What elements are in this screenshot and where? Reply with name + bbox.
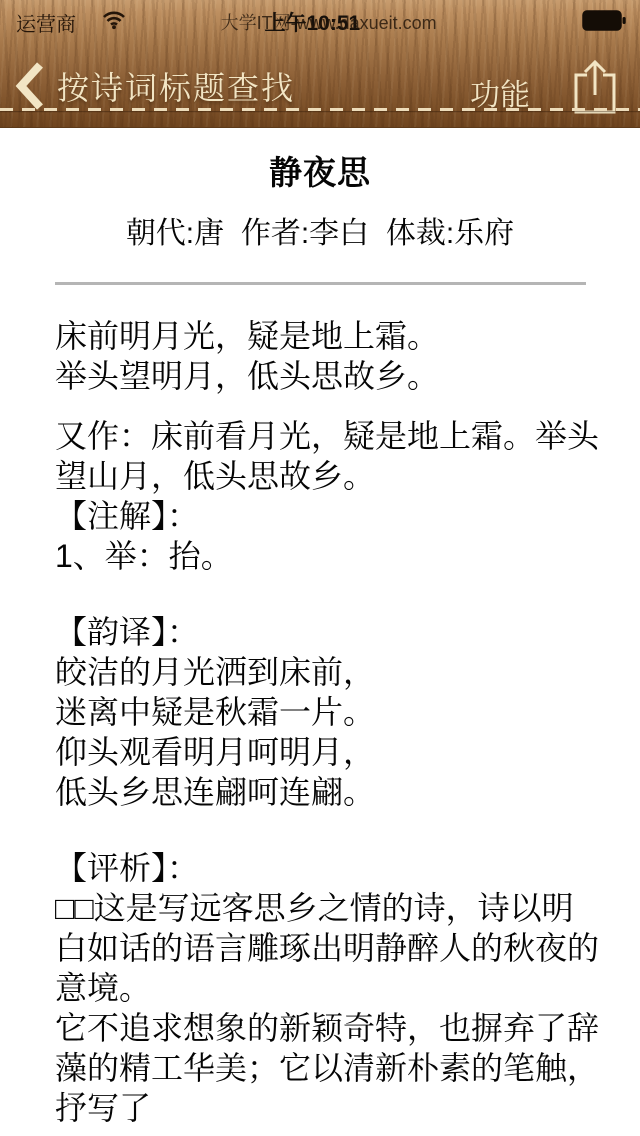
poem-paragraph: 【韵译】：皎洁的月光洒到床前，迷离中疑是秋霜一片。仰头观看明月呵明月，低头乡思连… <box>55 612 605 812</box>
battery-icon <box>582 10 626 31</box>
status-bar: 运营商 上午10:51 大学IT网-www.daxueit.com <box>0 0 640 40</box>
poem-line: 意境。 <box>55 968 605 1008</box>
poem-line: 低头乡思连翩呵连翩。 <box>55 772 605 812</box>
poem-line: 白如话的语言雕琢出明静醉人的秋夜的 <box>55 928 605 968</box>
poem-line: 1、举：抬。 <box>55 536 605 576</box>
poem-line: 它不追求想象的新颖奇特，也摒弃了辞 <box>55 1008 605 1048</box>
leather-header: 运营商 上午10:51 大学IT网-www.daxueit.com <box>0 0 640 128</box>
share-icon <box>570 103 620 120</box>
poem-line: □□这是写远客思乡之情的诗，诗以明 <box>55 888 605 928</box>
poem-paragraph: 又作：床前看月光，疑是地上霜。举头望山月，低头思故乡。【注解】：1、举：抬。 <box>55 416 605 576</box>
wifi-icon <box>102 10 126 30</box>
carrier-label: 运营商 <box>16 8 76 37</box>
poem-page: 静夜思 朝代:唐 作者:李白 体裁:乐府 床前明月光，疑是地上霜。举头望明月，低… <box>0 128 640 1136</box>
back-button[interactable]: 按诗词标题查找 <box>14 62 295 110</box>
watermark-text: 大学IT网-www.daxueit.com <box>221 9 437 35</box>
back-button-label: 按诗词标题查找 <box>57 63 295 109</box>
poem-line: 床前明月光，疑是地上霜。 <box>55 316 605 356</box>
poem-title: 静夜思 <box>0 153 640 193</box>
poem-line: 举头望明月，低头思故乡。 <box>55 356 605 396</box>
poem-line: 仰头观看明月呵明月， <box>55 732 605 772</box>
divider <box>55 282 586 285</box>
poem-line: 迷离中疑是秋霜一片。 <box>55 692 605 732</box>
poem-line: 【注解】： <box>55 496 605 536</box>
poem-line: 皎洁的月光洒到床前， <box>55 652 605 692</box>
poem-meta: 朝代:唐 作者:李白 体裁:乐府 <box>0 214 640 254</box>
poem-paragraph: 【评析】：□□这是写远客思乡之情的诗，诗以明白如话的语言雕琢出明静醉人的秋夜的意… <box>55 848 605 1128</box>
back-chevron-icon <box>14 62 44 110</box>
poem-body: 床前明月光，疑是地上霜。举头望明月，低头思故乡。又作：床前看月光，疑是地上霜。举… <box>55 316 605 1128</box>
poem-paragraph: 床前明月光，疑是地上霜。举头望明月，低头思故乡。 <box>55 316 605 396</box>
nav-bar: 按诗词标题查找 功能 <box>0 58 640 116</box>
poem-line: 藻的精工华美；它以清新朴素的笔触， <box>55 1048 605 1088</box>
poem-line: 望山月，低头思故乡。 <box>55 456 605 496</box>
poem-line: 【评析】： <box>55 848 605 888</box>
screen: 运营商 上午10:51 大学IT网-www.daxueit.com <box>0 0 640 1136</box>
poem-line: 【韵译】： <box>55 612 605 652</box>
poem-line: 抒写了 <box>55 1088 605 1128</box>
stitch-line <box>0 108 640 111</box>
poem-line: 又作：床前看月光，疑是地上霜。举头 <box>55 416 605 456</box>
